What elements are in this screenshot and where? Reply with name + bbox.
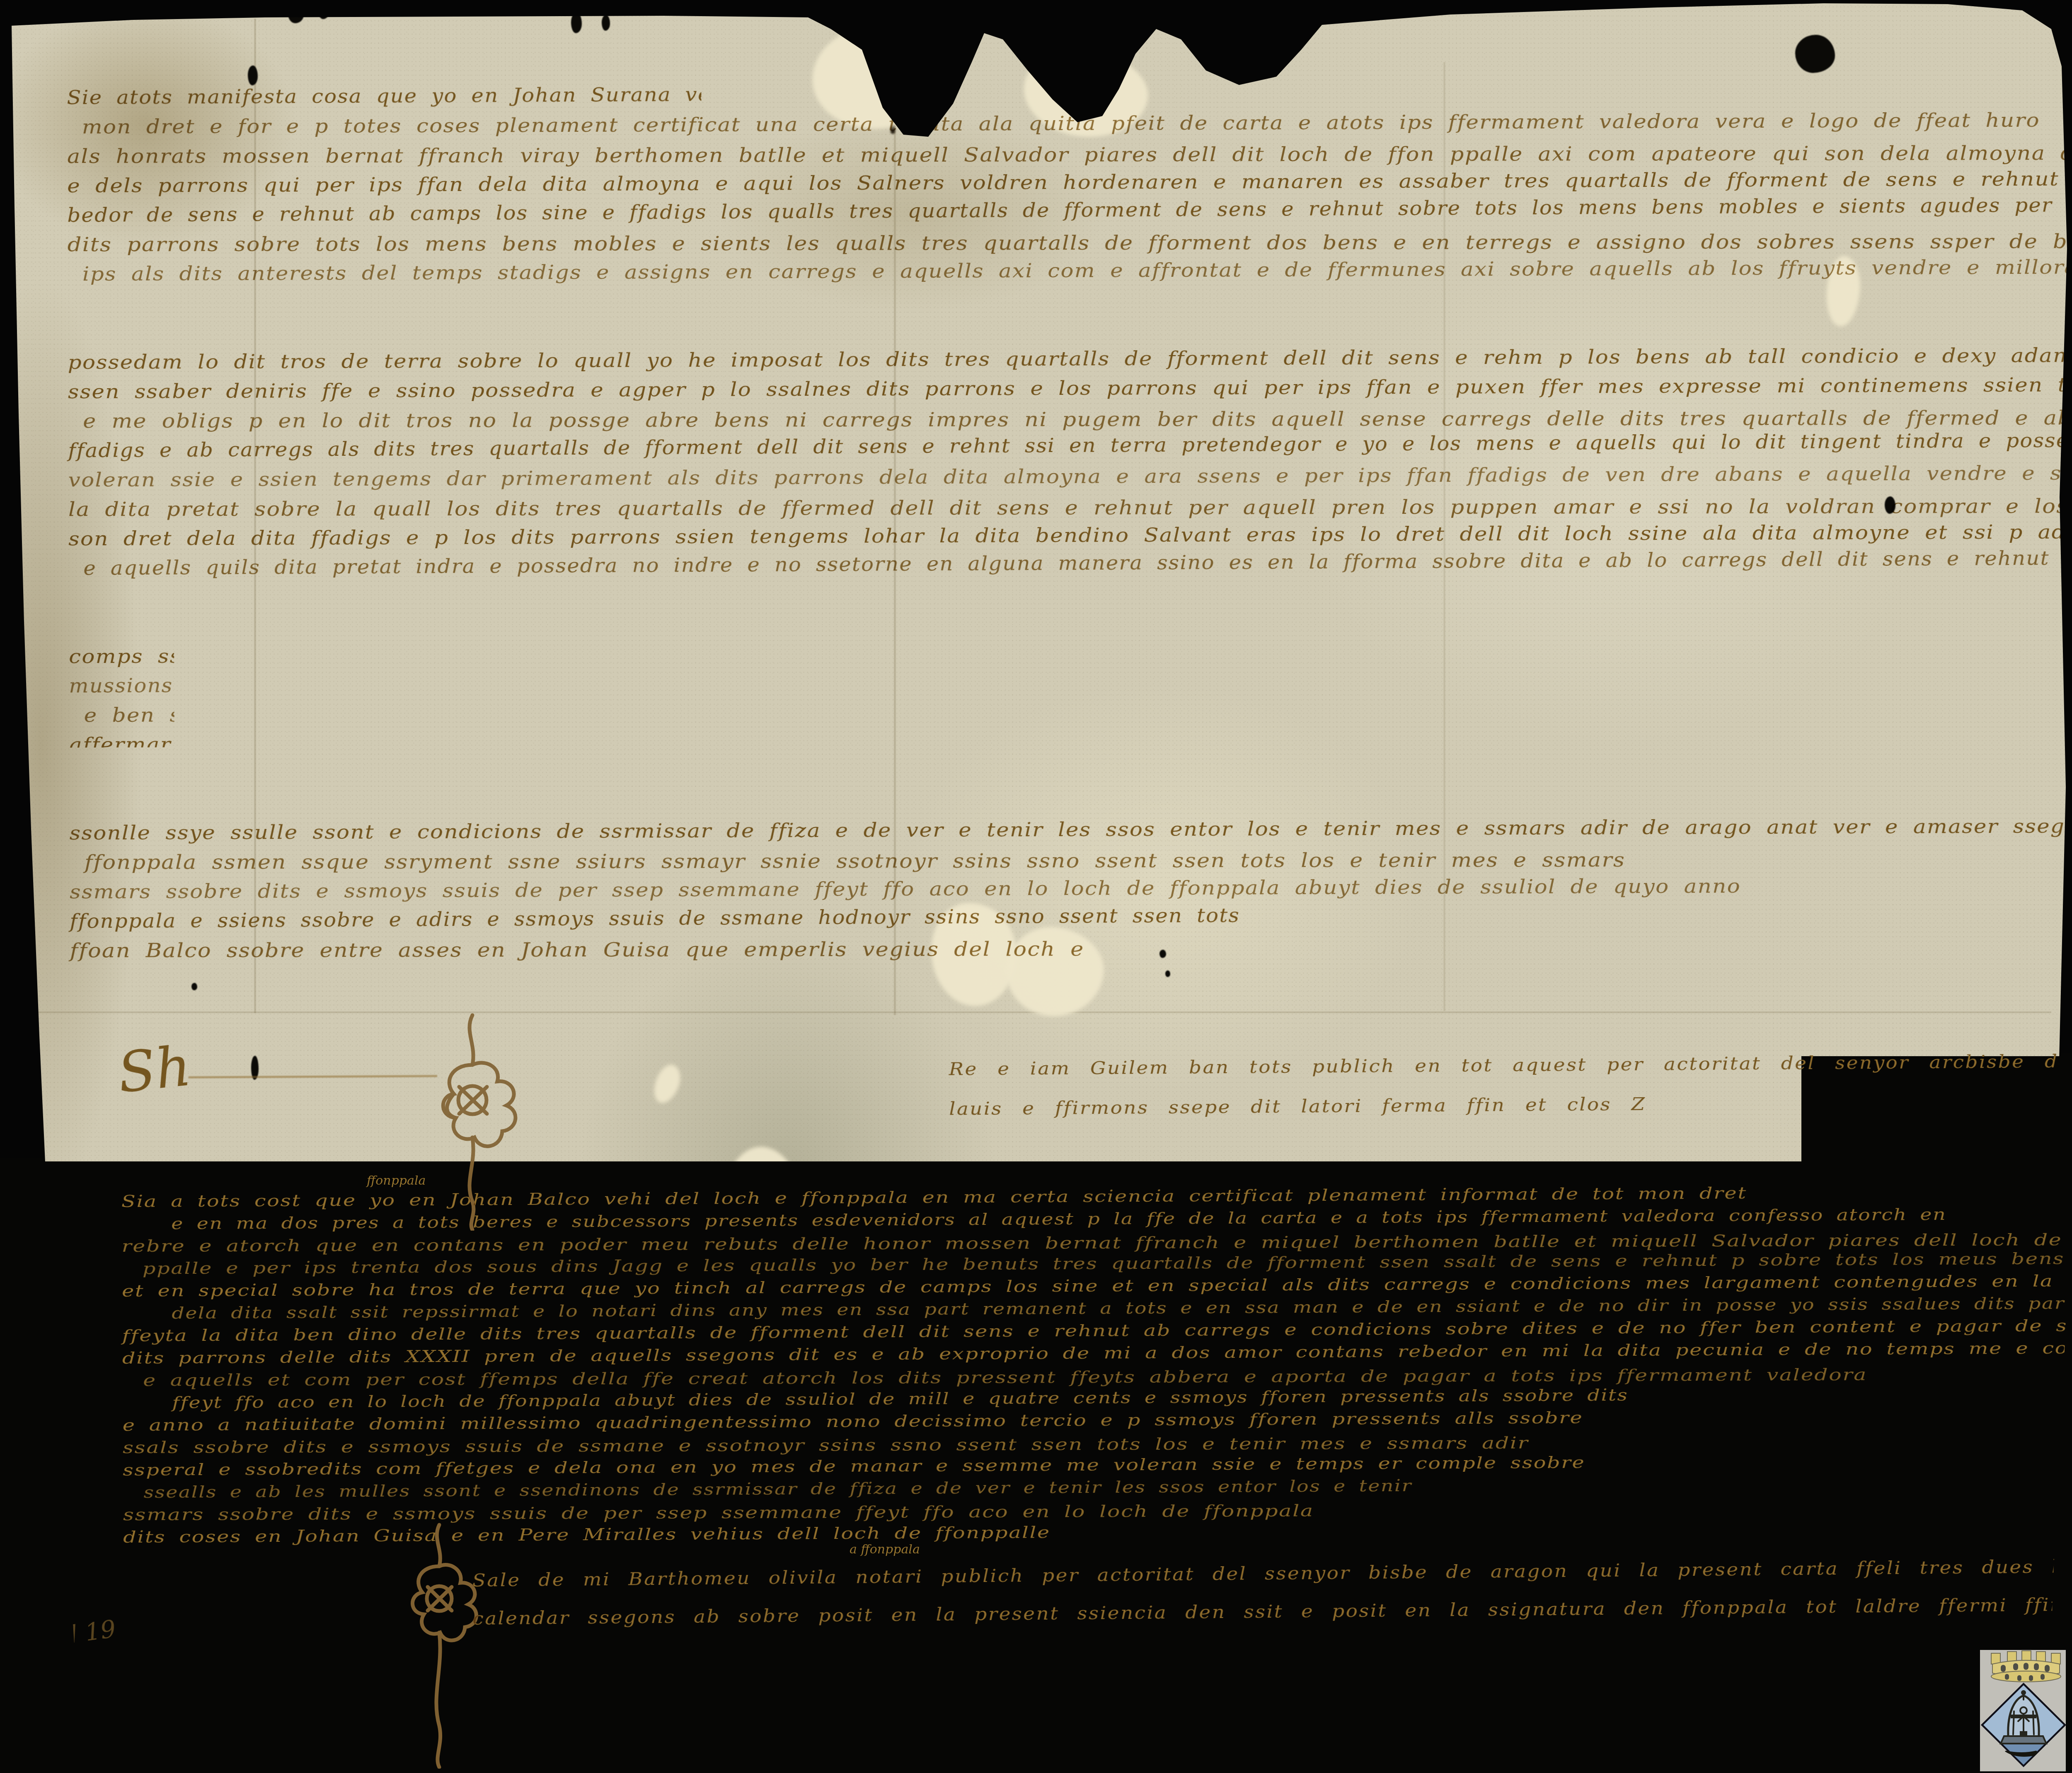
archive-coat-of-arms-watermark [1980, 1650, 2066, 1771]
notarial-sign-icon [387, 1519, 491, 1771]
hole [288, 5, 304, 23]
charter-text-block-2: Sia a tots cost que yo en Johan Balco ve… [121, 1181, 2017, 1549]
charter-text-block-1: Sie atots manifesta cosa que yo en Johan… [67, 76, 2042, 966]
hole [318, 4, 329, 19]
photo-backdrop: Sie atots manifesta cosa que yo en Johan… [0, 0, 2072, 1773]
hole [191, 983, 197, 990]
hole [242, 1669, 248, 1681]
interlinear-annotation: a ffonppala [850, 1542, 920, 1557]
hole [571, 12, 582, 33]
hole [1165, 970, 1170, 977]
hole [1795, 35, 1835, 73]
lozenge-shield [1982, 1684, 2065, 1766]
marginal-initial: Sh [115, 1034, 194, 1105]
manuscript-line: ffoan Balco ssobre entre asses en Johan … [70, 933, 2072, 966]
top-tear-shadow [891, 12, 895, 134]
coat-of-arms-icon [1980, 1650, 2066, 1771]
parchment-sheet: Sie atots manifesta cosa que yo en Johan… [0, 0, 2072, 1773]
hole [602, 15, 610, 31]
interlinear-annotation: ffonppala [367, 1173, 426, 1188]
notary-subscription-1: Re e iam Guilem ban tots publich en tot … [949, 1039, 2072, 1129]
notary-subscription-2: Sale de mi Barthomeu olivila notari publ… [472, 1548, 2065, 1638]
mural-crown [1991, 1651, 2061, 1682]
fold-crease-horizontal-lower [456, 1546, 2022, 1549]
